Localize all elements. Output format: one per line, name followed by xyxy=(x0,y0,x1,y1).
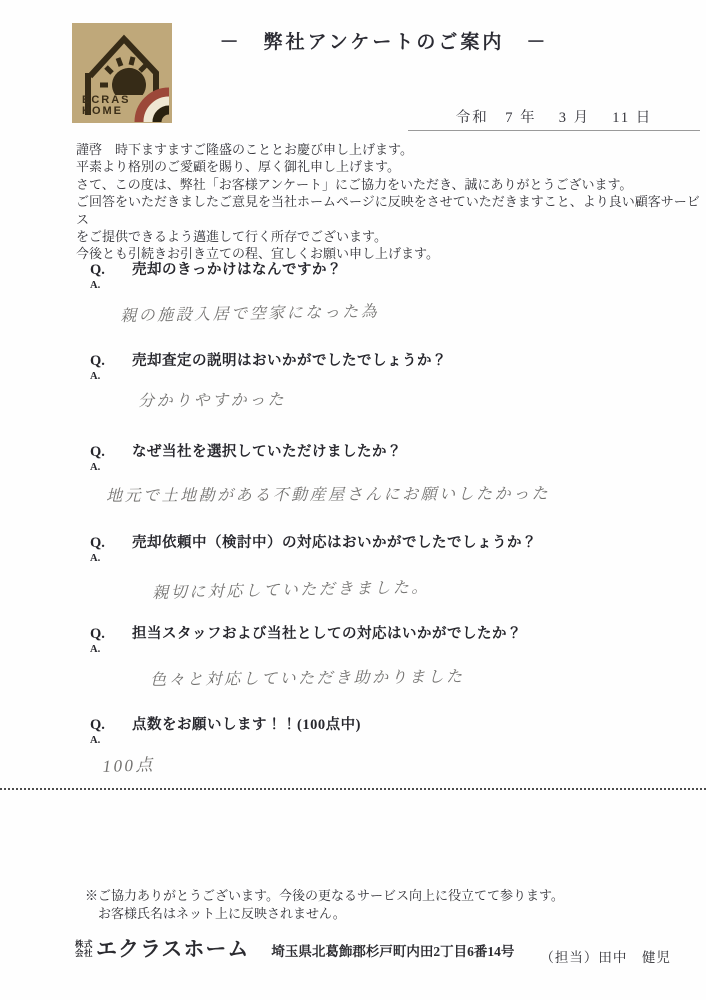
greeting-line: 平素より格別のご愛顧を賜り、厚く御礼申し上げます。 xyxy=(76,158,700,175)
logo-brand-line2: HOME xyxy=(82,106,131,117)
company-address: 埼玉県北葛飾郡杉戸町内田2丁目6番14号 xyxy=(271,940,514,960)
handwritten-answer: 親切に対応していただきました。 xyxy=(152,569,690,603)
handwritten-answer: 分かりやすかった xyxy=(138,383,690,411)
qa-block: Q. なぜ当社を選択していただけましたか？ A. 地元で土地勘がある不動産屋さん… xyxy=(90,440,690,531)
answer-label: A. xyxy=(90,644,690,655)
greeting-line: をご提供できるよう邁進して行く所存でございます。 xyxy=(76,228,700,245)
greeting-line: ご回答をいただきましたご意見を当社ホームページに反映をさせていただきますこと、よ… xyxy=(76,193,700,228)
question-list: Q. 売却のきっかけはなんですか？ A. 親の施設入居で空家になった為 Q. 売… xyxy=(90,258,690,804)
answer-label: A. xyxy=(90,280,690,291)
footer-note: ※ご協力ありがとうございます。今後の更なるサービス向上に役立てて参ります。 お客… xyxy=(85,887,645,922)
qa-block: Q. 担当スタッフおよび当社としての対応はいかがでしたか？ A. 色々と対応して… xyxy=(90,622,690,713)
greeting-line: さて、この度は、弊社「お客様アンケート」にご協力をいただき、誠にありがとうござい… xyxy=(76,176,700,193)
question-text: 売却依頼中（検討中）の対応はおいかがでしたでしょうか？ xyxy=(132,531,537,552)
answer-label: A. xyxy=(90,553,690,564)
handwritten-answer: 親の施設入居で空家になった為 xyxy=(120,293,690,326)
question-text: 売却査定の説明はおいかがでしたでしょうか？ xyxy=(132,349,447,370)
question-line: Q. 売却依頼中（検討中）の対応はおいかがでしたでしょうか？ xyxy=(90,531,690,552)
company-prefix-bottom: 会社 xyxy=(75,949,93,958)
footer-note-line2: お客様氏名はネット上に反映されません。 xyxy=(85,905,645,923)
handwritten-answer: 地元で土地勘がある不動産屋さんにお願いしたかった xyxy=(106,480,690,506)
qa-block: Q. 売却のきっかけはなんですか？ A. 親の施設入居で空家になった為 xyxy=(90,258,690,349)
company-info-row: 株式 会社 エクラスホーム 埼玉県北葛飾郡杉戸町内田2丁目6番14号 （担当）田… xyxy=(75,933,695,966)
question-label: Q. xyxy=(90,535,132,552)
answer-label: A. xyxy=(90,371,690,382)
question-label: Q. xyxy=(90,262,132,279)
qa-block: Q. 売却査定の説明はおいかがでしたでしょうか？ A. 分かりやすかった xyxy=(90,349,690,440)
document-date: 令和 7 年 3 月 11 日 xyxy=(408,106,700,131)
greeting-line: 謹啓 時下ますますご隆盛のこととお慶び申し上げます。 xyxy=(76,141,700,158)
logo-brand-text: ECRAS HOME xyxy=(82,95,131,117)
question-line: Q. 担当スタッフおよび当社としての対応はいかがでしたか？ xyxy=(90,622,690,643)
question-line: Q. 点数をお願いします！！(100点中) xyxy=(90,713,690,734)
answer-label: A. xyxy=(90,462,690,473)
question-line: Q. 売却のきっかけはなんですか？ xyxy=(90,258,690,279)
qa-block: Q. 点数をお願いします！！(100点中) A. 100点 xyxy=(90,713,690,804)
question-text: 売却のきっかけはなんですか？ xyxy=(132,258,342,279)
greeting-paragraph: 謹啓 時下ますますご隆盛のこととお慶び申し上げます。 平素より格別のご愛顧を賜り… xyxy=(76,141,700,263)
question-line: Q. なぜ当社を選択していただけましたか？ xyxy=(90,440,690,461)
question-label: Q. xyxy=(90,717,132,734)
company-name: エクラスホーム xyxy=(96,933,249,963)
question-label: Q. xyxy=(90,444,132,461)
dotted-separator xyxy=(0,788,706,790)
question-text: 点数をお願いします！！(100点中) xyxy=(132,713,361,734)
question-label: Q. xyxy=(90,626,132,643)
company-prefix: 株式 会社 xyxy=(75,940,93,958)
qa-block: Q. 売却依頼中（検討中）の対応はおいかがでしたでしょうか？ A. 親切に対応し… xyxy=(90,531,690,622)
question-label: Q. xyxy=(90,353,132,370)
document-title: － 弊社アンケートのご案内 － xyxy=(0,27,706,54)
question-line: Q. 売却査定の説明はおいかがでしたでしょうか？ xyxy=(90,349,690,370)
handwritten-answer: 色々と対応していただき助かりました xyxy=(150,661,690,690)
question-text: なぜ当社を選択していただけましたか？ xyxy=(132,440,402,461)
footer-note-line1: ※ご協力ありがとうございます。今後の更なるサービス向上に役立てて参ります。 xyxy=(85,887,645,905)
survey-document-page: ECRAS HOME － 弊社アンケートのご案内 － 令和 7 年 3 月 11… xyxy=(0,0,706,1000)
question-text: 担当スタッフおよび当社としての対応はいかがでしたか？ xyxy=(132,622,522,643)
company-contact: （担当）田中 健児 xyxy=(540,946,671,966)
